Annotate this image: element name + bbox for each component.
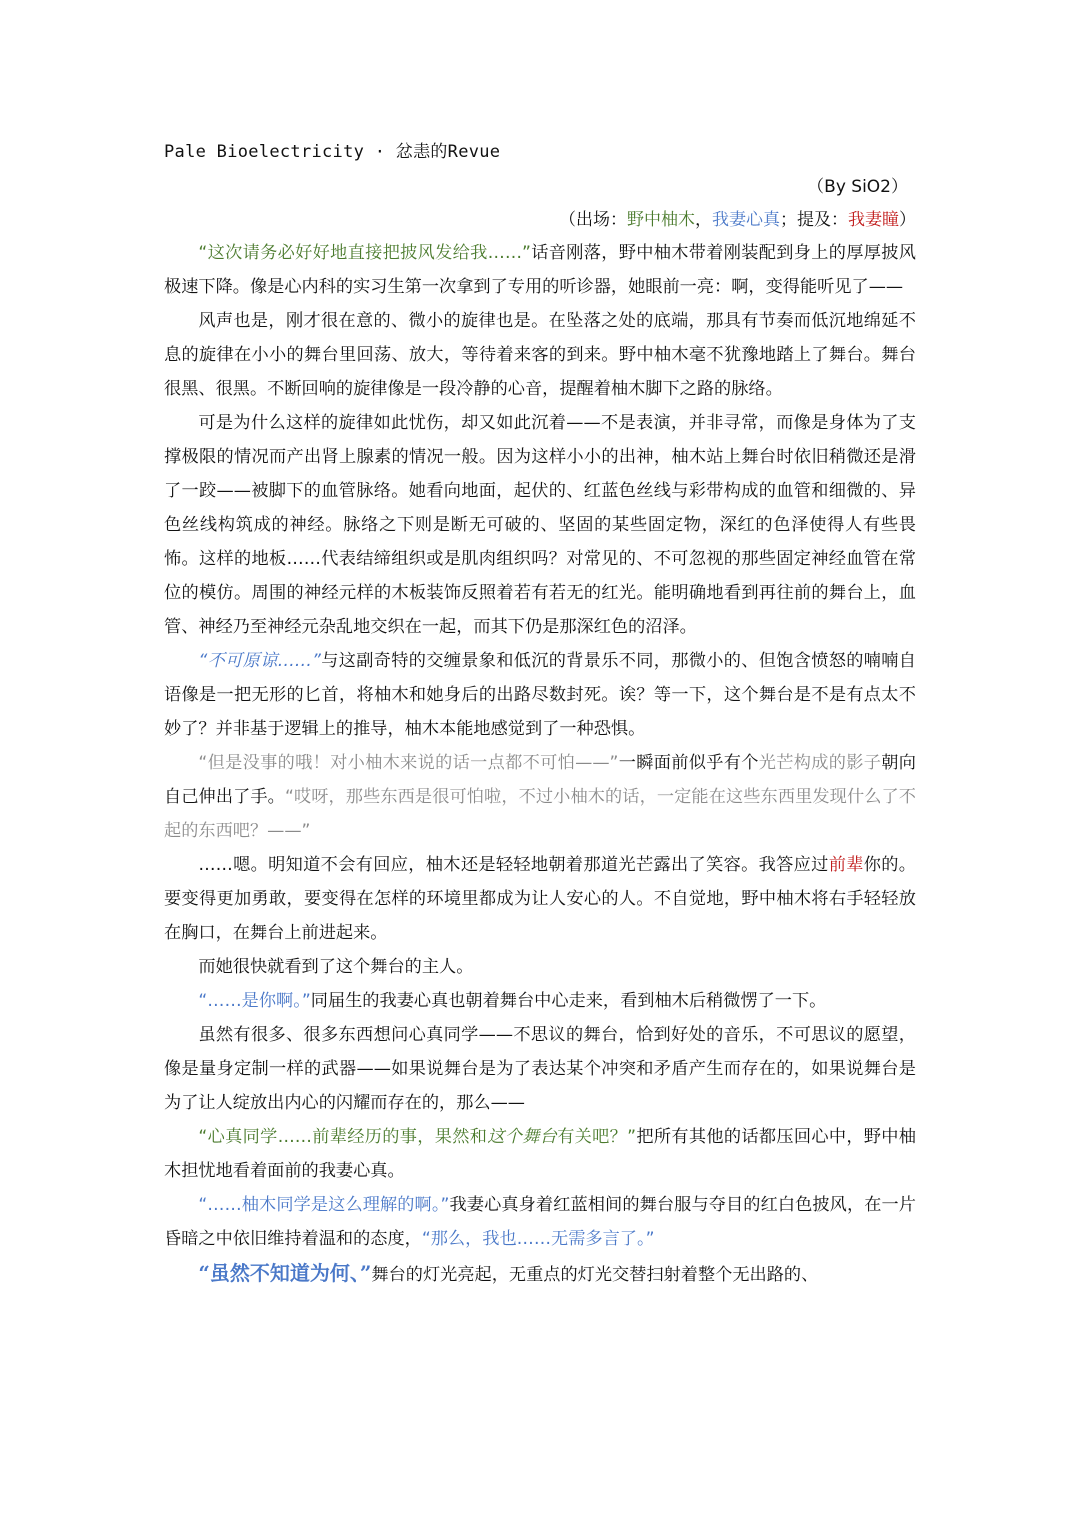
dialogue-shinma: “……柚木同学是这么理解的啊。” [198,1195,449,1215]
character-hitomi: 我妻瞳 [848,210,899,230]
author-byline: （By SiO2） [807,172,908,197]
dialogue-memory: “但是没事的哦！对小柚木来说的话一点都不可怕——” [198,753,618,773]
paragraph-4: “不可原谅……”与这副奇特的交缠景象和低沉的背景乐不同，那微小的、但饱含愤怒的喃… [164,644,916,746]
narration: 舞台的灯光亮起，无重点的灯光交替扫射着整个无出路的、 [371,1265,818,1285]
character-shinma: 我妻心真 [712,210,780,230]
dialogue-shinma-emphasis: “虽然不知道为何、” [198,1261,371,1285]
dialogue-yuzuki: “这次请务必好好地直接把披风发给我……” [198,243,531,263]
cast-prefix: （出场： [559,210,627,230]
narration: 虽然有很多、很多东西想问心真同学——不思议的舞台，恰到好处的音乐，不可思议的愿望… [164,1025,916,1113]
cast-line: （出场：野中柚木，我妻心真；提及：我妻瞳） [559,205,916,230]
paragraph-2: 风声也是，刚才很在意的、微小的旋律也是。在坠落之处的底端，那具有节奏而低沉地绵延… [164,304,916,406]
paragraph-8: “……是你啊。”同届生的我妻心真也朝着舞台中心走来，看到柚木后稍微愣了一下。 [164,984,916,1018]
mention-senpai: 前辈 [829,855,864,875]
paragraph-9: 虽然有很多、很多东西想问心真同学——不思议的舞台，恰到好处的音乐，不可思议的愿望… [164,1018,916,1120]
dialogue-yuzuki: 有关吧？” [557,1127,636,1147]
mention-label: ；提及： [780,210,848,230]
narration-shadow: 光芒构成的影子 [759,753,882,773]
paragraph-3: 可是为什么这样的旋律如此忧伤，却又如此沉着——不是表演，并非寻常，而像是身体为了… [164,406,916,644]
paragraph-11: “……柚木同学是这么理解的啊。”我妻心真身着红蓝相间的舞台服与夺目的红白色披风，… [164,1188,916,1256]
paragraph-10: “心真同学……前辈经历的事，果然和这个舞台有关吧？”把所有其他的话都压回心中，野… [164,1120,916,1188]
narration: 风声也是，刚才很在意的、微小的旋律也是。在坠落之处的底端，那具有节奏而低沉地绵延… [164,311,916,399]
cast-separator: ， [695,210,712,230]
story-body: “这次请务必好好地直接把披风发给我……”话音刚落，野中柚木带着刚装配到身上的厚厚… [164,236,916,1292]
dialogue-yuzuki: “心真同学……前辈经历的事，果然和 [198,1127,487,1147]
dialogue-whisper: “不可原谅……” [198,651,321,671]
narration: 一瞬面前似乎有个 [618,753,758,773]
paragraph-6: ……嗯。明知道不会有回应，柚木还是轻轻地朝着那道光芒露出了笑容。我答应过前辈你的… [164,848,916,950]
cast-suffix: ） [899,210,916,230]
paragraph-7: 而她很快就看到了这个舞台的主人。 [164,950,916,984]
character-yuzuki: 野中柚木 [627,210,695,230]
narration: 可是为什么这样的旋律如此忧伤，却又如此沉着——不是表演，并非寻常，而像是身体为了… [164,413,916,637]
narration: 同届生的我妻心真也朝着舞台中心走来，看到柚木后稍微愣了一下。 [311,991,827,1011]
paragraph-5: “但是没事的哦！对小柚木来说的话一点都不可怕——”一瞬面前似乎有个光芒构成的影子… [164,746,916,848]
dialogue-shinma: “……是你啊。” [198,991,310,1011]
narration: 而她很快就看到了这个舞台的主人。 [198,957,473,977]
dialogue-emphasis: 这个舞台 [487,1127,557,1147]
story-title: Pale Bioelectricity · 忿恚的Revue [164,137,500,162]
dialogue-shinma: “那么，我也……无需多言了。” [422,1229,655,1249]
paragraph-1: “这次请务必好好地直接把披风发给我……”话音刚落，野中柚木带着刚装配到身上的厚厚… [164,236,916,304]
narration: ……嗯。明知道不会有回应，柚木还是轻轻地朝着那道光芒露出了笑容。我答应过 [198,855,828,875]
paragraph-12: “虽然不知道为何、”舞台的灯光亮起，无重点的灯光交替扫射着整个无出路的、 [164,1256,916,1292]
